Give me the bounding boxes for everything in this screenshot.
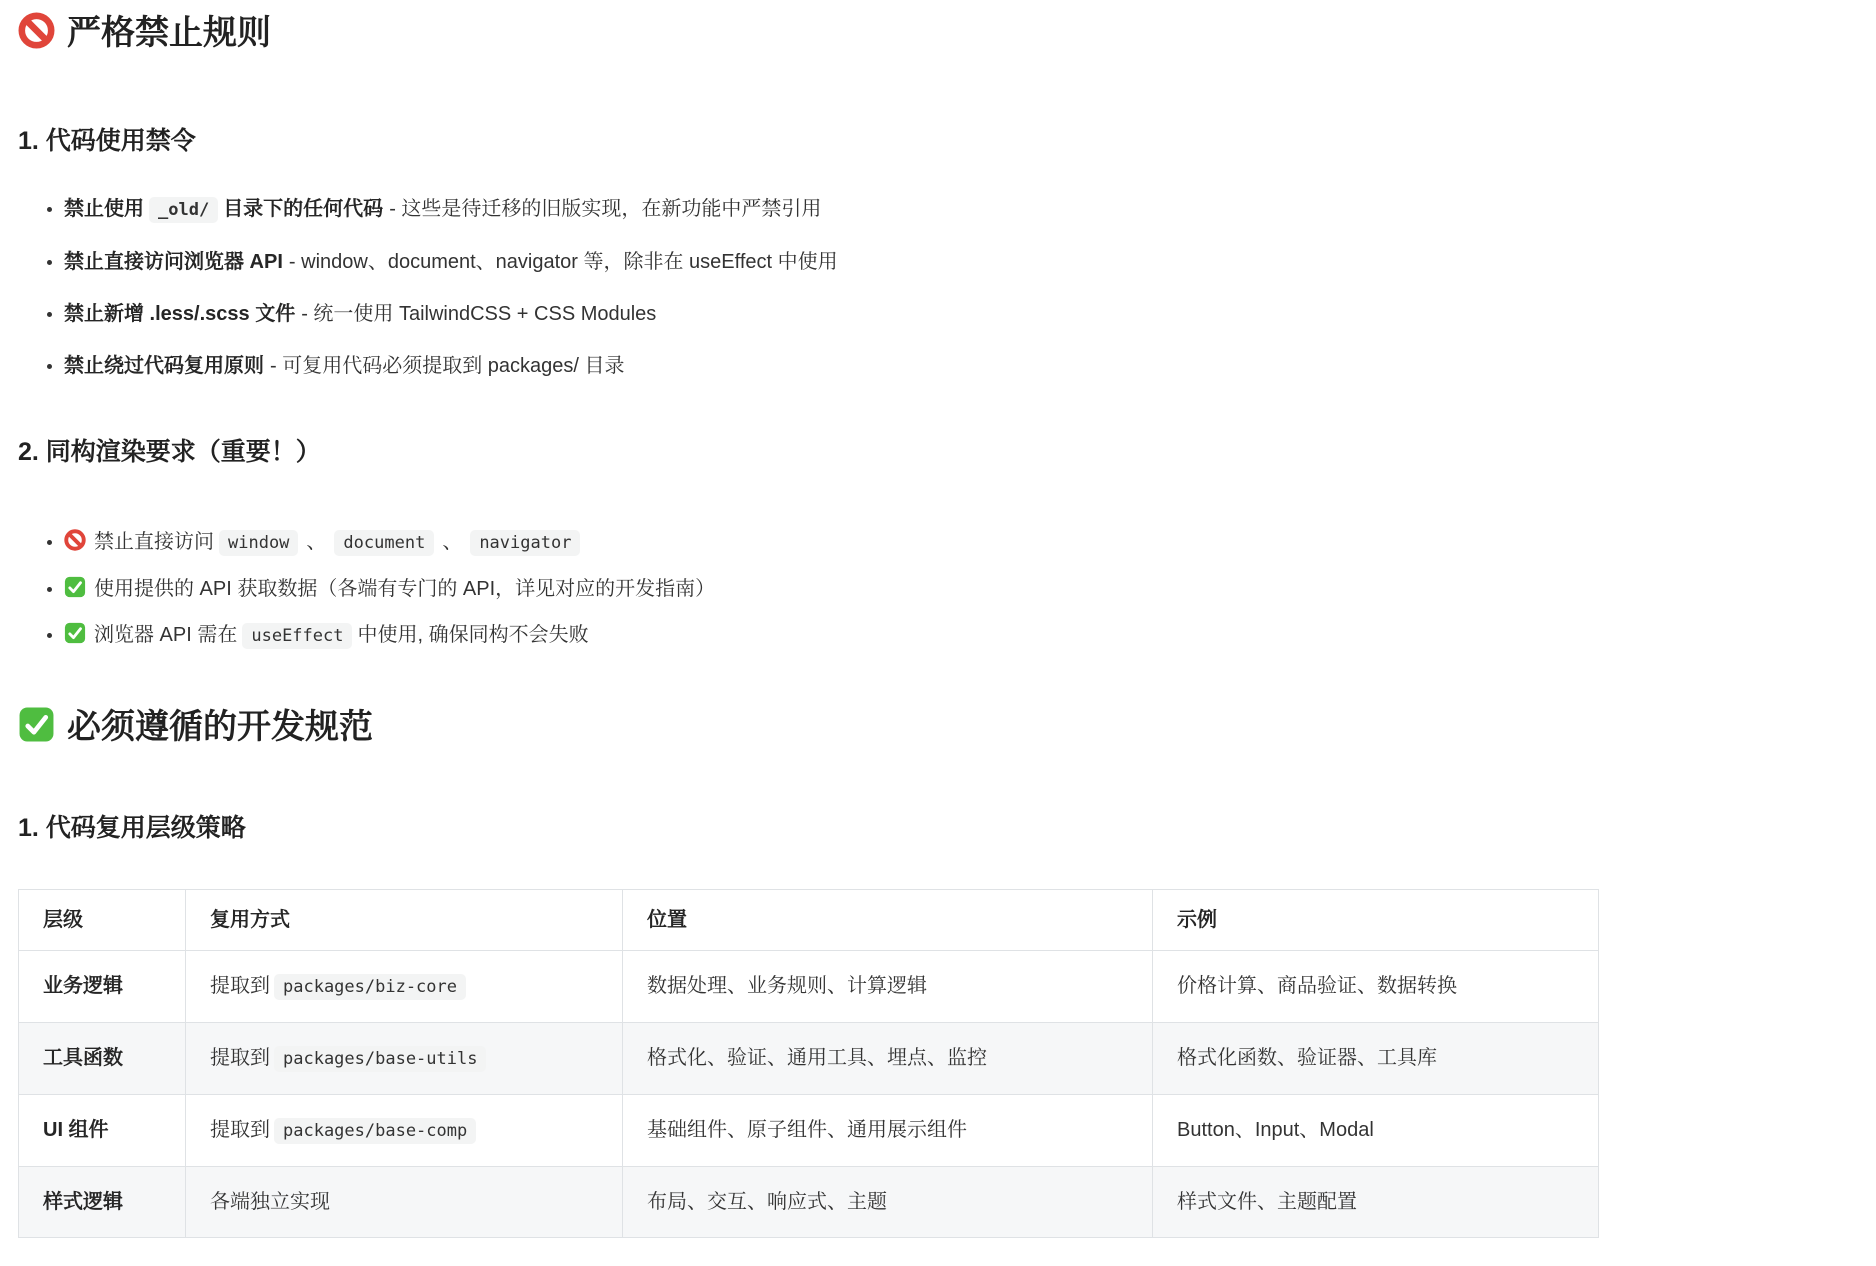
document-page: 严格禁止规则 1. 代码使用禁令 禁止使用_old/目录下的任何代码- 这些是待… [0, 0, 1876, 1238]
rule-text: 禁止直接访问 [94, 531, 214, 553]
rule-bold-text: 禁止使用 [64, 198, 144, 220]
cell-example: 价格计算、商品验证、数据转换 [1153, 950, 1599, 1022]
cell-method-text: 各端独立实现 [210, 1191, 330, 1213]
cell-method: 各端独立实现 [186, 1166, 623, 1237]
reuse-strategy-heading: 1. 代码复用层级策略 [18, 812, 1836, 845]
no-entry-icon [64, 529, 86, 551]
inline-code: useEffect [242, 623, 352, 649]
rule-text: 中使用, 确保同构不会失败 [357, 624, 588, 646]
rule-bold-text: 禁止直接访问浏览器 API [64, 251, 283, 273]
required-specs-title-text: 必须遵循的开发规范 [67, 708, 373, 746]
cell-method-text: 提取到 [210, 1047, 270, 1069]
cell-example: 样式文件、主题配置 [1153, 1166, 1599, 1237]
rule-bold-text: 目录下的任何代码 [223, 198, 383, 220]
isomorphic-heading: 2. 同构渲染要求（重要！） [18, 436, 1836, 469]
cell-method: 提取到packages/base-comp [186, 1094, 623, 1166]
list-item: 禁止新增 .less/.scss 文件- 统一使用 TailwindCSS + … [64, 299, 1836, 329]
rule-detail-text: - window、document、navigator 等，除非在 useEff… [289, 251, 838, 273]
check-icon [64, 576, 86, 598]
inline-code: _old/ [149, 197, 218, 223]
forbidden-rules-title: 严格禁止规则 [18, 12, 1836, 55]
table-row: 样式逻辑 各端独立实现 布局、交互、响应式、主题 样式文件、主题配置 [19, 1166, 1599, 1237]
rule-bold-text: 禁止新增 .less/.scss 文件 [64, 303, 295, 325]
inline-code: packages/base-comp [274, 1118, 476, 1144]
rule-detail-text: - 统一使用 TailwindCSS + CSS Modules [301, 303, 656, 325]
code-bans-heading: 1. 代码使用禁令 [18, 125, 1836, 158]
table-header-location: 位置 [623, 889, 1153, 950]
list-item: 禁止直接访问浏览器 API- window、document、navigator… [64, 247, 1836, 277]
table-header-example: 示例 [1153, 889, 1599, 950]
cell-method: 提取到packages/biz-core [186, 950, 623, 1022]
check-icon [64, 622, 86, 644]
inline-code: packages/base-utils [274, 1046, 486, 1072]
inline-code: packages/biz-core [274, 974, 466, 1000]
separator: 、 [442, 531, 462, 553]
rule-text: 浏览器 API 需在 [94, 624, 237, 646]
cell-level: UI 组件 [19, 1094, 186, 1166]
list-item: 禁止使用_old/目录下的任何代码- 这些是待迁移的旧版实现，在新功能中严禁引用 [64, 194, 1836, 225]
cell-location: 数据处理、业务规则、计算逻辑 [623, 950, 1153, 1022]
list-item: 浏览器 API 需在useEffect中使用, 确保同构不会失败 [64, 620, 1836, 651]
no-entry-icon [18, 12, 55, 49]
inline-code: document [334, 530, 434, 556]
forbidden-rules-title-text: 严格禁止规则 [67, 14, 271, 52]
cell-level: 工具函数 [19, 1022, 186, 1094]
cell-method-text: 提取到 [210, 1119, 270, 1141]
list-item: 禁止直接访问window、document、navigator [64, 527, 1836, 558]
cell-level: 样式逻辑 [19, 1166, 186, 1237]
cell-location: 基础组件、原子组件、通用展示组件 [623, 1094, 1153, 1166]
cell-location: 格式化、验证、通用工具、埋点、监控 [623, 1022, 1153, 1094]
table-row: 业务逻辑 提取到packages/biz-core 数据处理、业务规则、计算逻辑… [19, 950, 1599, 1022]
code-bans-list: 禁止使用_old/目录下的任何代码- 这些是待迁移的旧版实现，在新功能中严禁引用… [18, 194, 1836, 381]
cell-example: 格式化函数、验证器、工具库 [1153, 1022, 1599, 1094]
table-row: 工具函数 提取到packages/base-utils 格式化、验证、通用工具、… [19, 1022, 1599, 1094]
rule-bold-text: 禁止绕过代码复用原则 [64, 355, 264, 377]
cell-method-text: 提取到 [210, 975, 270, 997]
rule-text: 使用提供的 API 获取数据（各端有专门的 API，详见对应的开发指南） [94, 578, 715, 600]
cell-level: 业务逻辑 [19, 950, 186, 1022]
isomorphic-list: 禁止直接访问window、document、navigator 使用提供的 AP… [18, 527, 1836, 651]
table-header-row: 层级 复用方式 位置 示例 [19, 889, 1599, 950]
inline-code: window [219, 530, 298, 556]
inline-code: navigator [470, 530, 580, 556]
table-row: UI 组件 提取到packages/base-comp 基础组件、原子组件、通用… [19, 1094, 1599, 1166]
separator: 、 [306, 531, 326, 553]
cell-location: 布局、交互、响应式、主题 [623, 1166, 1153, 1237]
list-item: 禁止绕过代码复用原则- 可复用代码必须提取到 packages/ 目录 [64, 351, 1836, 381]
list-item: 使用提供的 API 获取数据（各端有专门的 API，详见对应的开发指南） [64, 574, 1836, 604]
cell-example: Button、Input、Modal [1153, 1094, 1599, 1166]
cell-method: 提取到packages/base-utils [186, 1022, 623, 1094]
reuse-strategy-table: 层级 复用方式 位置 示例 业务逻辑 提取到packages/biz-core … [18, 889, 1599, 1238]
required-specs-title: 必须遵循的开发规范 [18, 706, 1836, 749]
check-icon [18, 706, 55, 743]
rule-detail-text: - 可复用代码必须提取到 packages/ 目录 [270, 355, 625, 377]
table-header-level: 层级 [19, 889, 186, 950]
table-header-method: 复用方式 [186, 889, 623, 950]
rule-detail-text: - 这些是待迁移的旧版实现，在新功能中严禁引用 [389, 198, 821, 220]
